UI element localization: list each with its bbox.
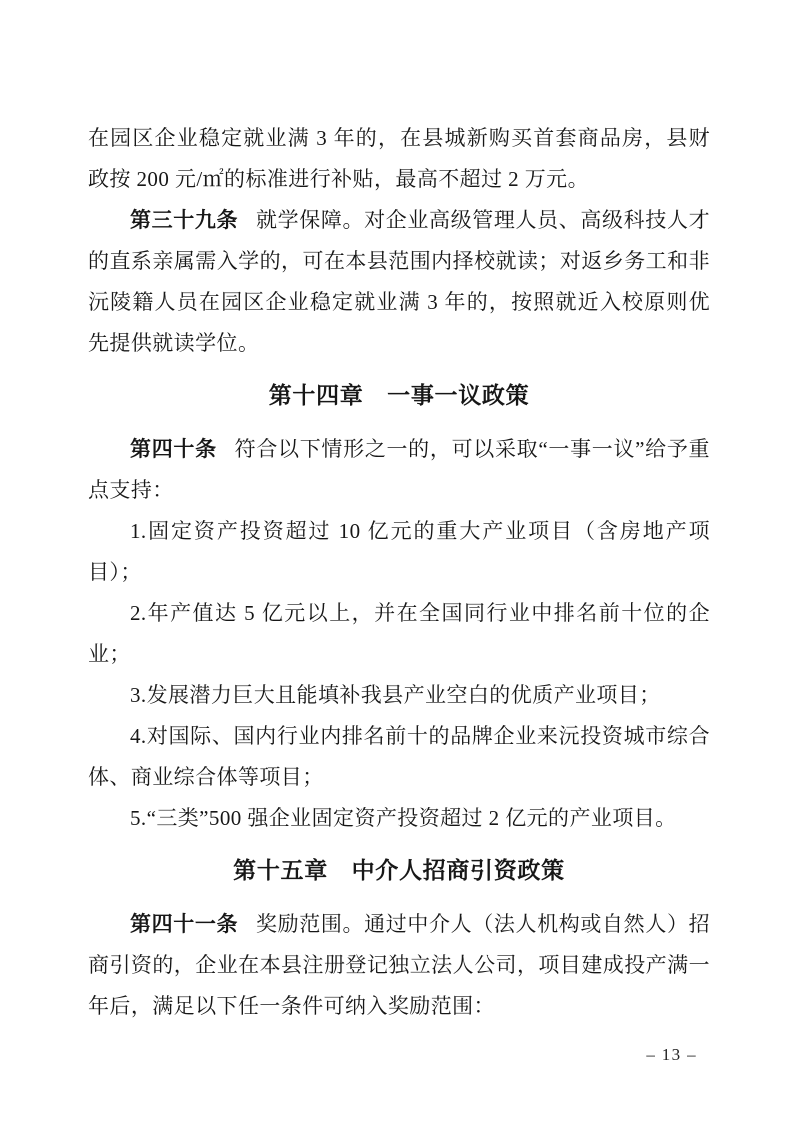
article-paragraph-40: 第四十条符合以下情形之一的，可以采取“一事一议”给予重点支持：	[88, 429, 710, 511]
article-paragraph-39: 第三十九条就学保障。对企业高级管理人员、高级科技人才的直系亲属需入学的，可在本县…	[88, 200, 710, 364]
chapter-heading-14: 第十四章 一事一议政策	[88, 375, 710, 416]
list-item-3: 3.发展潜力巨大且能填补我县产业空白的优质产业项目；	[88, 675, 710, 716]
paragraph-continuation: 在园区企业稳定就业满 3 年的，在县城新购买首套商品房，县财政按 200 元/㎡…	[88, 118, 710, 200]
chapter-heading-15: 第十五章 中介人招商引资政策	[88, 850, 710, 891]
article-number: 第四十条	[130, 438, 217, 461]
list-item-text: 3.发展潜力巨大且能填补我县产业空白的优质产业项目；	[130, 683, 661, 707]
list-item-4: 4.对国际、国内行业内排名前十的品牌企业来沅投资城市综合体、商业综合体等项目；	[88, 716, 710, 798]
list-item-1: 1.固定资产投资超过 10 亿元的重大产业项目（含房地产项目）；	[88, 511, 710, 593]
paragraph-text: 在园区企业稳定就业满 3 年的，在县城新购买首套商品房，县财政按 200 元/㎡…	[88, 126, 710, 191]
page-number: – 13 –	[646, 1045, 697, 1065]
document-content: 在园区企业稳定就业满 3 年的，在县城新购买首套商品房，县财政按 200 元/㎡…	[88, 118, 710, 1027]
list-item-text: 4.对国际、国内行业内排名前十的品牌企业来沅投资城市综合体、商业综合体等项目；	[88, 724, 710, 789]
article-number: 第三十九条	[130, 209, 238, 232]
document-page: 在园区企业稳定就业满 3 年的，在县城新购买首套商品房，县财政按 200 元/㎡…	[0, 0, 793, 1122]
list-item-text: 2.年产值达 5 亿元以上，并在全国同行业中排名前十位的企业；	[88, 601, 710, 666]
article-number: 第四十一条	[130, 913, 238, 936]
list-item-5: 5.“三类”500 强企业固定资产投资超过 2 亿元的产业项目。	[88, 798, 710, 839]
article-paragraph-41: 第四十一条奖励范围。通过中介人（法人机构或自然人）招商引资的，企业在本县注册登记…	[88, 904, 710, 1027]
list-item-text: 1.固定资产投资超过 10 亿元的重大产业项目（含房地产项目）；	[88, 519, 710, 584]
list-item-text: 5.“三类”500 强企业固定资产投资超过 2 亿元的产业项目。	[130, 806, 677, 830]
list-item-2: 2.年产值达 5 亿元以上，并在全国同行业中排名前十位的企业；	[88, 593, 710, 675]
